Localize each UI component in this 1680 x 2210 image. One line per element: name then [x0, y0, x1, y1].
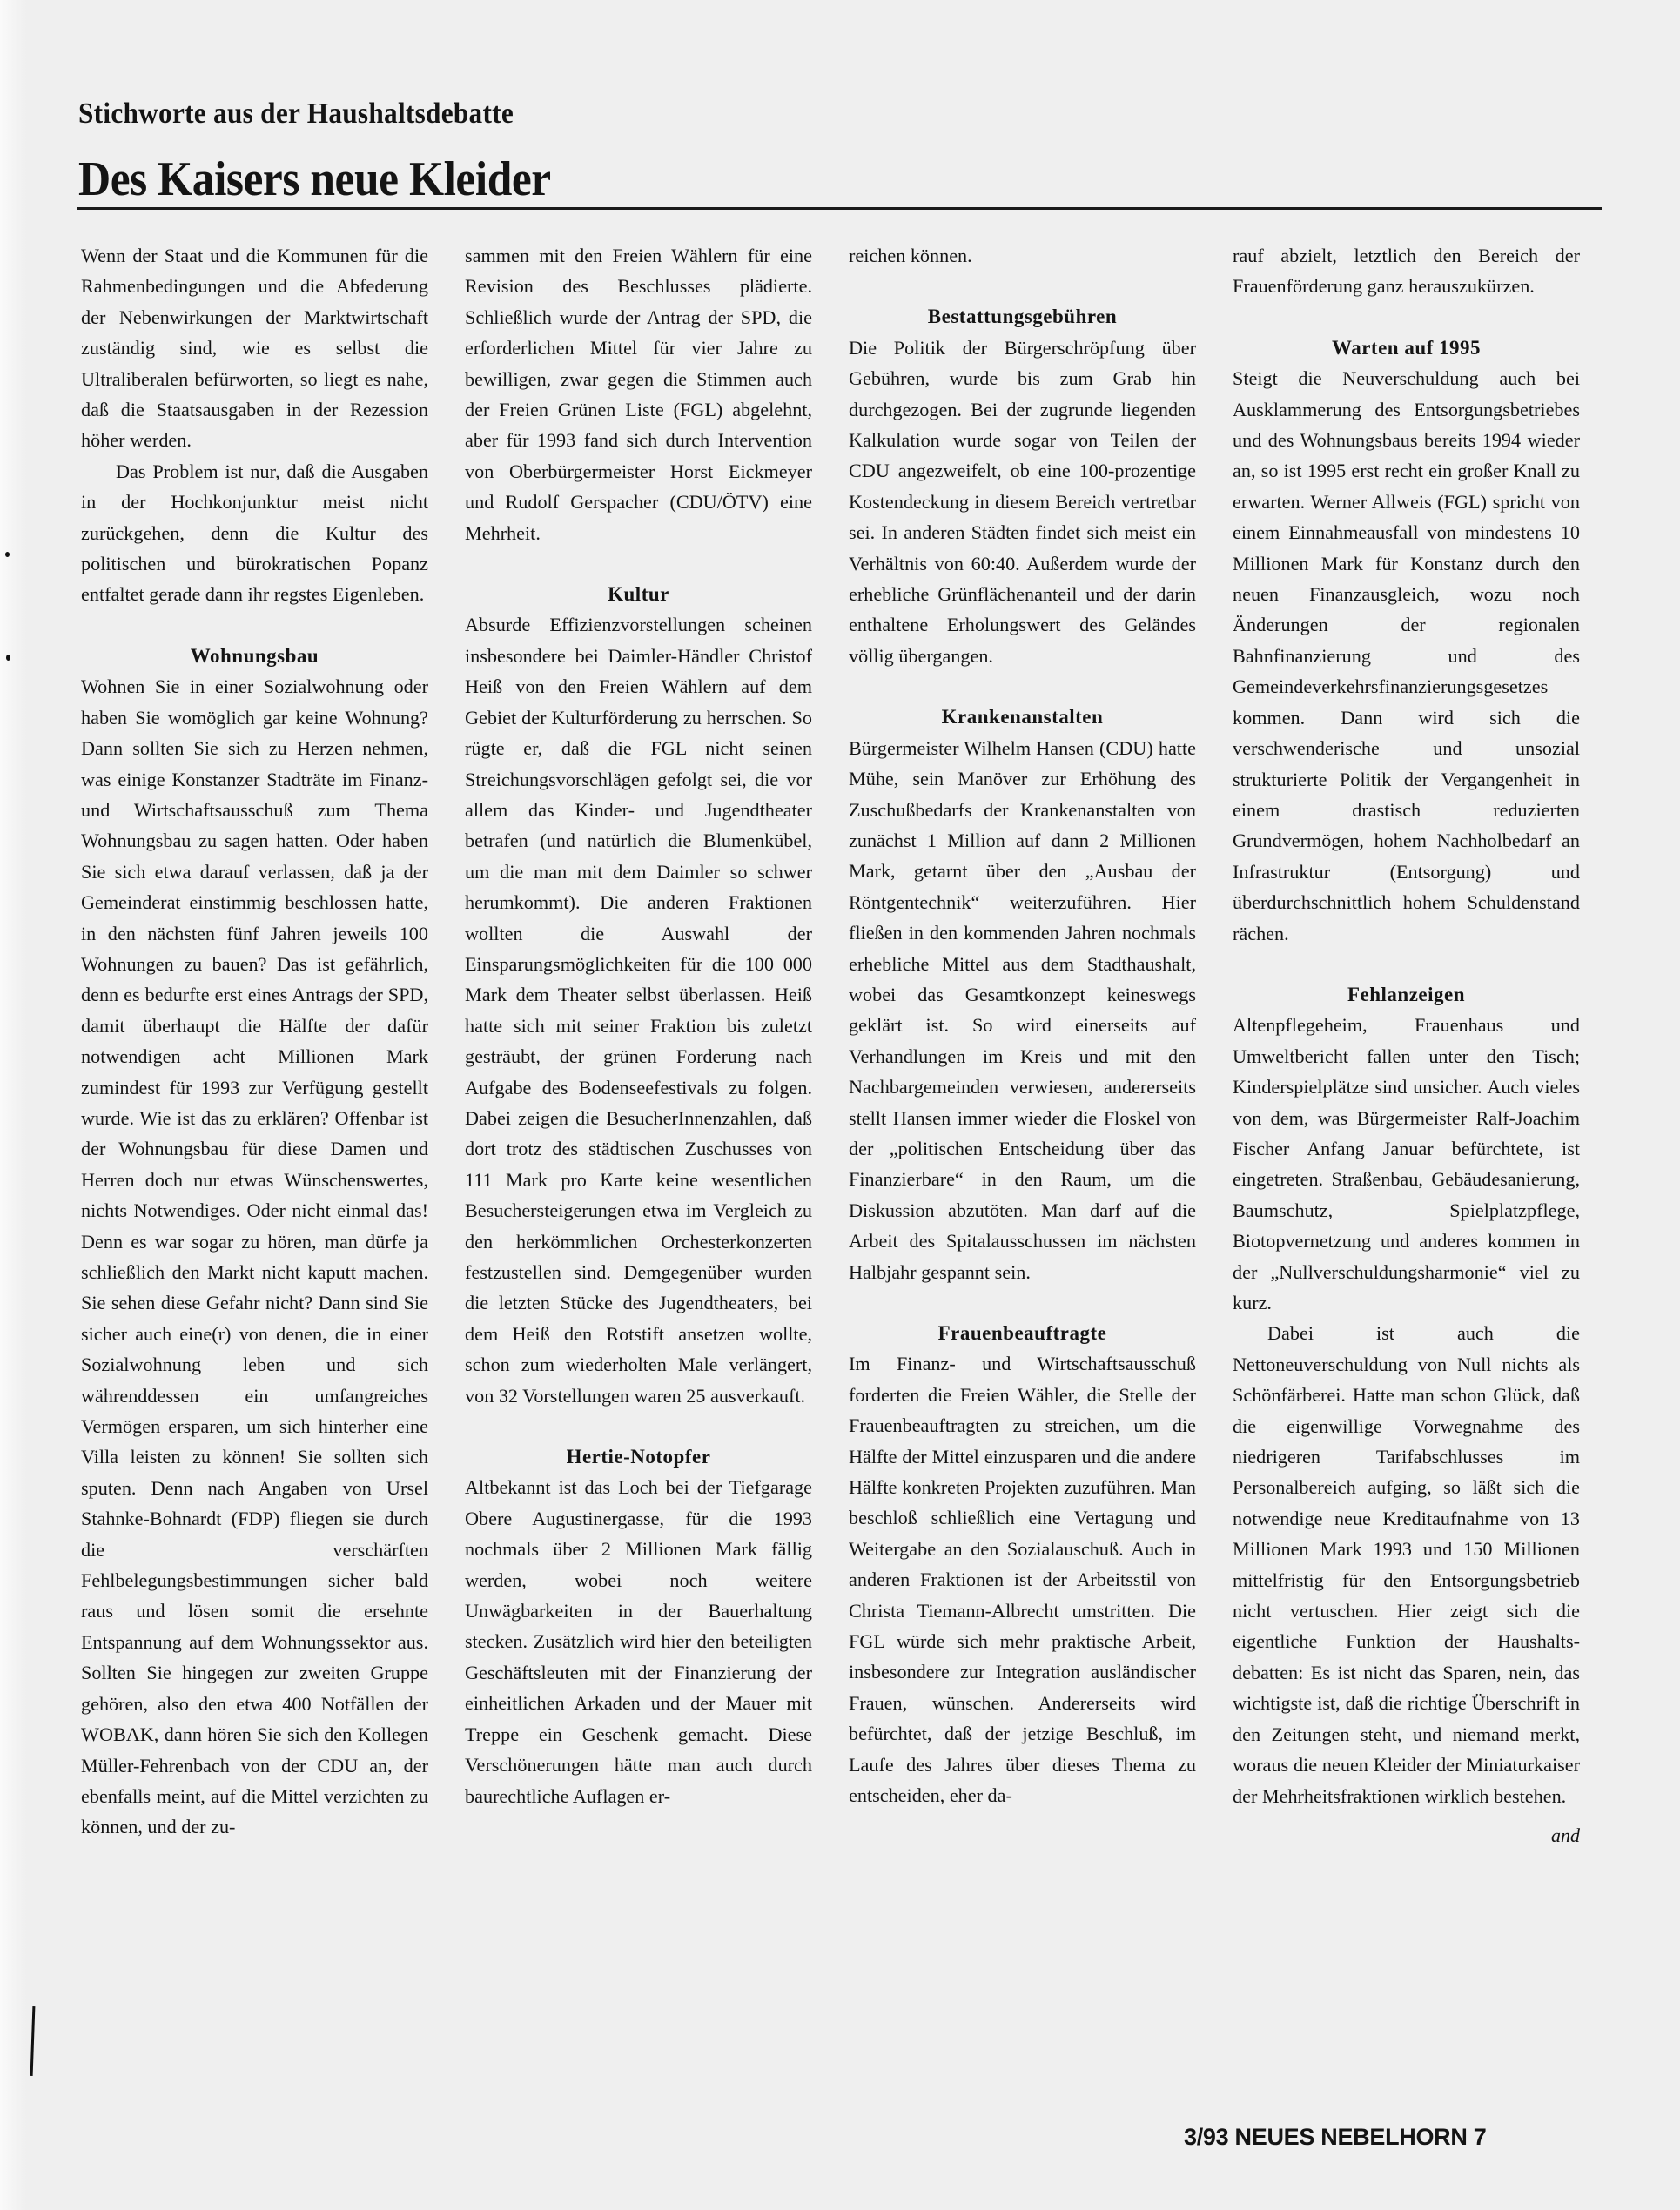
page-footer: 3/93 NEUES NEBELHORN 7: [1184, 2124, 1487, 2151]
column-1: Wenn der Staat und die Kommunen für die …: [81, 240, 428, 1851]
column-4: rauf abzielt, letztlich den Bereich der …: [1233, 240, 1580, 1851]
section-heading: Wohnungsbau: [81, 610, 428, 671]
scan-speck: [6, 655, 10, 661]
paragraph: Altbekannt ist das Loch bei der Tiefgara…: [465, 1472, 812, 1810]
article-body: Wenn der Staat und die Kommunen für die …: [81, 240, 1580, 1851]
section-heading: Warten auf 1995: [1233, 302, 1580, 363]
scan-margin-line: [30, 2006, 36, 2076]
column-2: sammen mit den Freien Wählern für eine R…: [465, 240, 812, 1851]
section-heading: Krankenanstalten: [849, 671, 1196, 732]
paragraph: Das Problem ist nur, daß die Ausgaben in…: [81, 456, 428, 610]
column-3: reichen können.BestattungsgebührenDie Po…: [849, 240, 1196, 1851]
paragraph: Wohnen Sie in einer Sozialwohnung oder h…: [81, 671, 428, 1842]
paragraph: reichen können.: [849, 240, 1196, 271]
scan-speck: [5, 552, 10, 557]
paragraph: Steigt die Neuverschuldung auch bei Ausk…: [1233, 363, 1580, 949]
article-headline: Des Kaisers neue Kleider: [78, 151, 551, 207]
paragraph: Dabei ist auch die Nettoneuverschuldung …: [1233, 1318, 1580, 1811]
paragraph: Die Politik der Bürgerschröpfung über Ge…: [849, 333, 1196, 671]
section-heading: Kultur: [465, 548, 812, 609]
paragraph: sammen mit den Freien Wählern für eine R…: [465, 240, 812, 548]
section-heading: Bestattungsgebühren: [849, 271, 1196, 332]
section-heading: Fehlanzeigen: [1233, 949, 1580, 1010]
paragraph: rauf abzielt, letztlich den Bereich der …: [1233, 240, 1580, 302]
headline-rule: [77, 207, 1602, 210]
paragraph: Bürgermeister Wilhelm Hansen (CDU) hatte…: [849, 733, 1196, 1287]
paragraph: Wenn der Staat und die Kommunen für die …: [81, 240, 428, 456]
paragraph: Altenpflegeheim, Frauenhaus und Umweltbe…: [1233, 1010, 1580, 1318]
author-signature: and: [1233, 1820, 1580, 1851]
paragraph: Im Finanz- und Wirtschaftsausschuß forde…: [849, 1348, 1196, 1810]
paragraph: Absurde Effizienzvorstellungen scheinen …: [465, 609, 812, 1411]
page-edge: [0, 0, 26, 2210]
section-heading: Hertie-Notopfer: [465, 1411, 812, 1472]
article-kicker: Stichworte aus der Haushaltsdebatte: [78, 97, 514, 131]
section-heading: Frauenbeauftragte: [849, 1287, 1196, 1348]
